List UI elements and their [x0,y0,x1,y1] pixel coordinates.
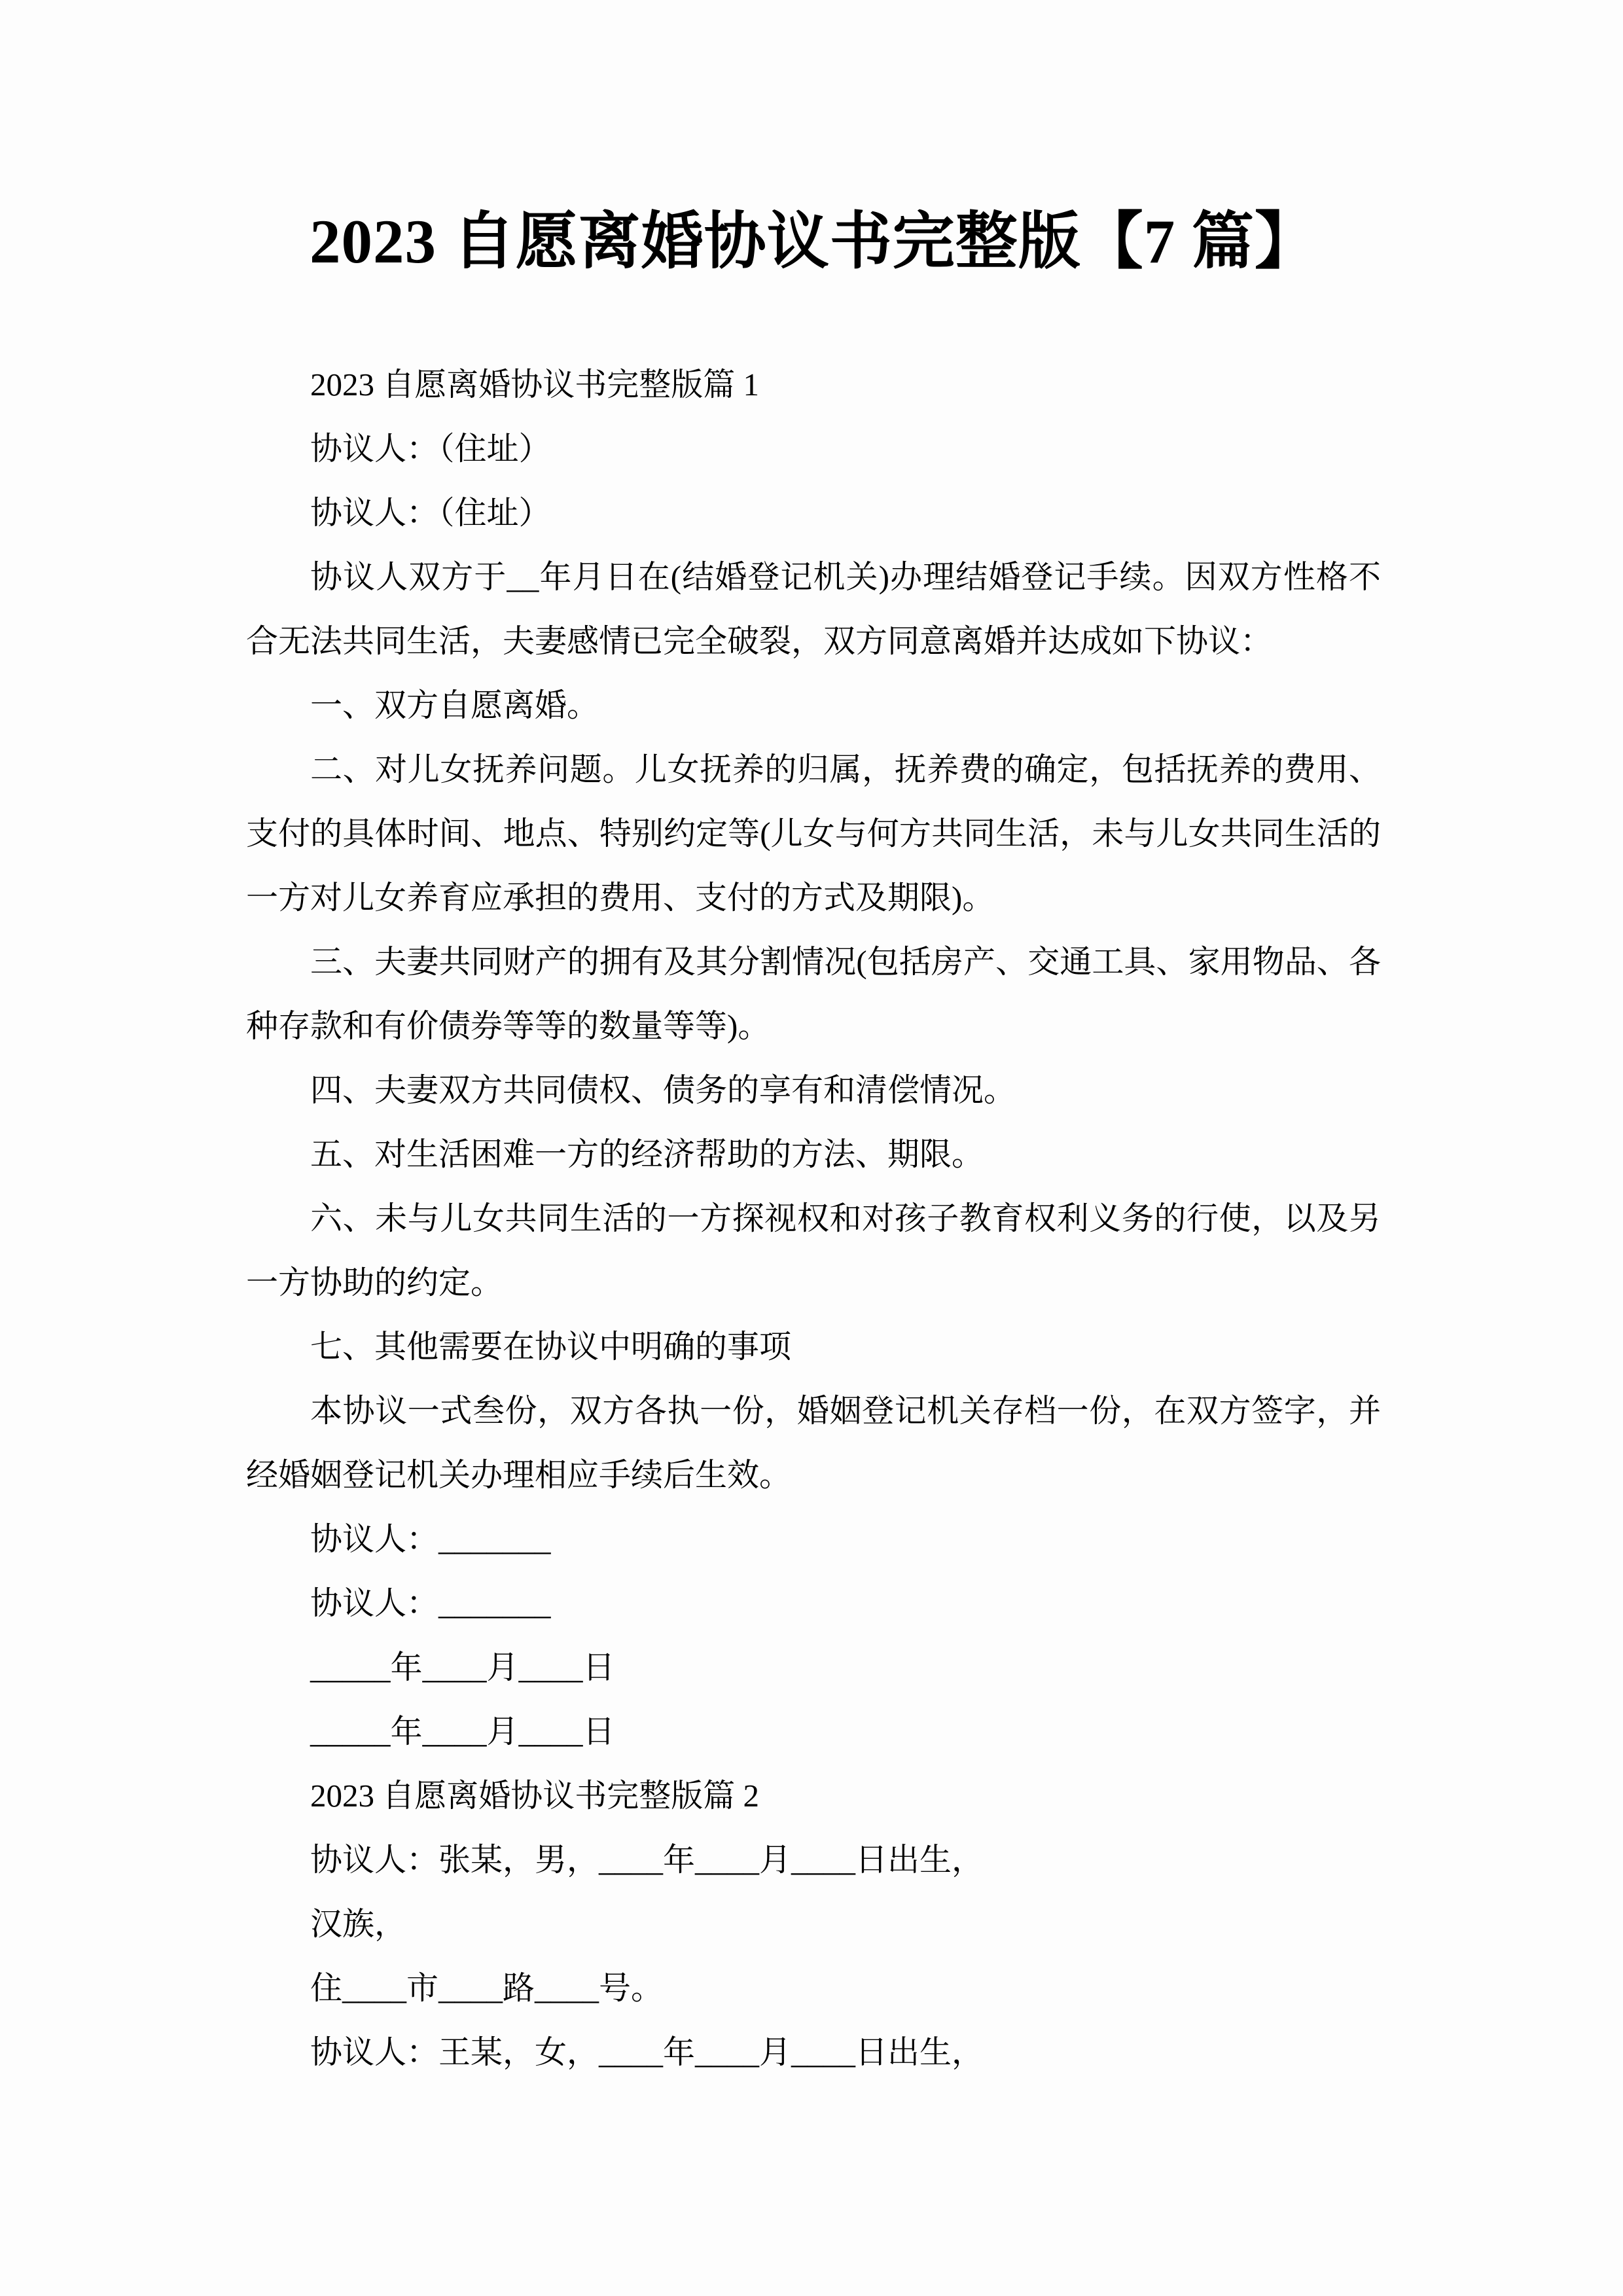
paragraph: 本协议一式叁份，双方各执一份，婚姻登记机关存档一份，在双方签字，并经婚姻登记机关… [246,1379,1381,1507]
paragraph: 一、双方自愿离婚。 [246,673,1381,738]
paragraph: 协议人：张某，男，____年____月____日出生， [246,1828,1381,1892]
paragraph: _____年____月____日 [246,1700,1381,1764]
paragraph: _____年____月____日 [246,1636,1381,1700]
document-body: 2023 自愿离婚协议书完整版篇 1协议人：（住址）协议人：（住址）协议人双方于… [246,353,1381,2085]
paragraph: 汉族， [246,1892,1381,1956]
paragraph: 六、未与儿女共同生活的一方探视权和对孩子教育权利义务的行使，以及另一方协助的约定… [246,1187,1381,1315]
document-page: 2023 自愿离婚协议书完整版【7 篇】 2023 自愿离婚协议书完整版篇 1协… [0,0,1623,2296]
paragraph: 协议人：_______ [246,1571,1381,1636]
paragraph: 2023 自愿离婚协议书完整版篇 2 [246,1764,1381,1828]
paragraph: 协议人：（住址） [246,417,1381,481]
paragraph: 协议人：王某，女，____年____月____日出生， [246,2020,1381,2085]
paragraph: 二、对儿女抚养问题。儿女抚养的归属，抚养费的确定，包括抚养的费用、支付的具体时间… [246,738,1381,930]
paragraph: 三、夫妻共同财产的拥有及其分割情况(包括房产、交通工具、家用物品、各种存款和有价… [246,930,1381,1058]
paragraph: 协议人双方于__年月日在(结婚登记机关)办理结婚登记手续。因双方性格不合无法共同… [246,545,1381,673]
paragraph: 五、对生活困难一方的经济帮助的方法、期限。 [246,1122,1381,1187]
paragraph: 协议人：_______ [246,1507,1381,1571]
paragraph: 四、夫妻双方共同债权、债务的享有和清偿情况。 [246,1058,1381,1122]
document-title: 2023 自愿离婚协议书完整版【7 篇】 [246,203,1381,281]
paragraph: 2023 自愿离婚协议书完整版篇 1 [246,353,1381,417]
paragraph: 协议人：（住址） [246,481,1381,545]
paragraph: 七、其他需要在协议中明确的事项 [246,1315,1381,1379]
paragraph: 住____市____路____号。 [246,1956,1381,2020]
